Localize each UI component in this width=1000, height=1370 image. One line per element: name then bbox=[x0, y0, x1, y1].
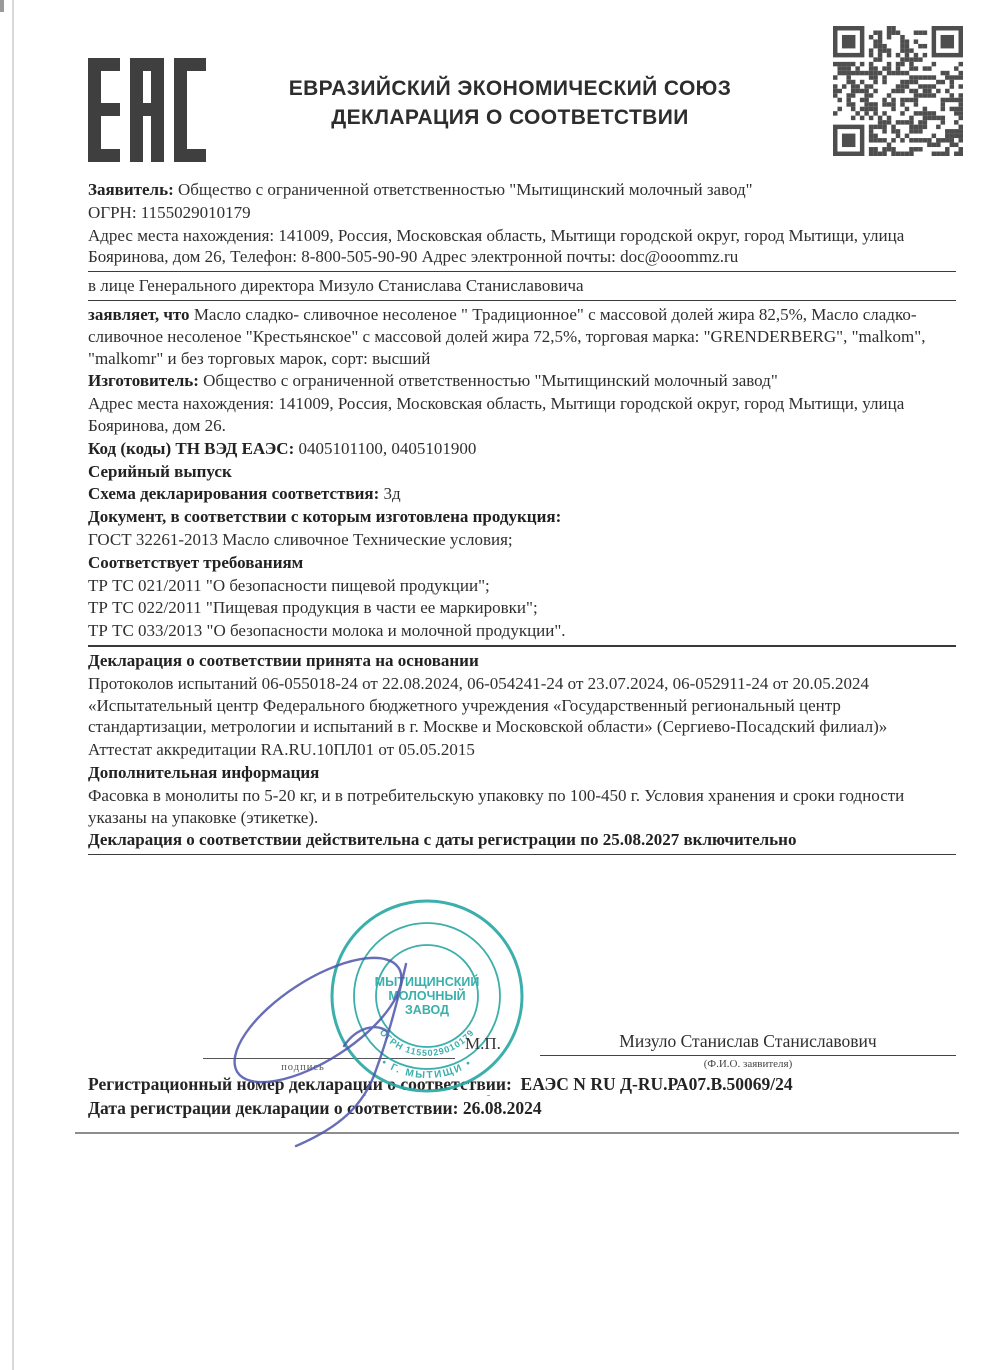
title-line-declaration: ДЕКЛАРАЦИЯ О СООТВЕТСТВИИ bbox=[170, 103, 850, 132]
field-complies-heading: Соответствует требованиям bbox=[88, 552, 956, 574]
field-additional-info-heading: Дополнительная информация bbox=[88, 762, 956, 784]
qr-code-icon bbox=[833, 26, 963, 156]
field-accreditation: Аттестат аккредитации RA.RU.10ПЛ01 от 05… bbox=[88, 739, 956, 761]
field-applicant-address: Адрес места нахождения: 141009, Россия, … bbox=[88, 225, 956, 273]
field-tr-ts-022: ТР ТС 022/2011 "Пищевая продукция в част… bbox=[88, 597, 956, 619]
registration-number-value: ЕАЭС N RU Д-RU.РА07.В.50069/24 bbox=[521, 1074, 793, 1094]
field-zayavitel: Заявитель: Общество с ограниченной ответ… bbox=[88, 179, 956, 201]
field-manufacturer-address: Адрес места нахождения: 141009, Россия, … bbox=[88, 393, 956, 437]
applicant-fio: Мизуло Станислав Станиславович bbox=[540, 1031, 956, 1056]
field-tr-ts-021: ТР ТС 021/2011 "О безопасности пищевой п… bbox=[88, 575, 956, 597]
field-serial-release: Серийный выпуск bbox=[88, 461, 956, 483]
document-title: ЕВРАЗИЙСКИЙ ЭКОНОМИЧЕСКИЙ СОЮЗ ДЕКЛАРАЦИ… bbox=[170, 74, 850, 132]
field-packing-info: Фасовка в монолиты по 5-20 кг, и в потре… bbox=[88, 785, 956, 829]
scan-corner-artifact bbox=[0, 0, 4, 12]
field-validity: Декларация о соответствии действительна … bbox=[88, 829, 956, 855]
field-tr-ts-033: ТР ТС 033/2013 "О безопасности молока и … bbox=[88, 620, 956, 647]
field-in-person-of: в лице Генерального директора Мизуло Ста… bbox=[88, 275, 956, 301]
field-declares-product: заявляет, что Масло сладко- сливочное не… bbox=[88, 304, 956, 369]
scan-edge-artifact bbox=[12, 0, 14, 1370]
field-basis-heading: Декларация о соответствии принята на осн… bbox=[88, 650, 956, 672]
field-ogrn: ОГРН: 1155029010179 bbox=[88, 202, 956, 224]
declaration-document: ЕВРАЗИЙСКИЙ ЭКОНОМИЧЕСКИЙ СОЮЗ ДЕКЛАРАЦИ… bbox=[0, 0, 1000, 1370]
applicant-fio-caption: (Ф.И.О. заявителя) bbox=[540, 1056, 956, 1070]
field-test-protocols: Протоколов испытаний 06-055018-24 от 22.… bbox=[88, 673, 956, 738]
applicant-fio-block: Мизуло Станислав Станиславович (Ф.И.О. з… bbox=[540, 1031, 956, 1070]
declaration-body: Заявитель: Общество с ограниченной ответ… bbox=[88, 179, 956, 858]
field-declaration-scheme: Схема декларирования соответствия: 3д bbox=[88, 483, 956, 505]
title-line-union: ЕВРАЗИЙСКИЙ ЭКОНОМИЧЕСКИЙ СОЮЗ bbox=[170, 74, 850, 103]
field-manufacturer: Изготовитель: Общество с ограниченной от… bbox=[88, 370, 956, 392]
field-product-document-heading: Документ, в соответствии с которым изгот… bbox=[88, 506, 956, 528]
signature-ink bbox=[200, 878, 560, 1178]
field-tnved-code: Код (коды) ТН ВЭД ЕАЭС: 0405101100, 0405… bbox=[88, 438, 956, 460]
field-gost: ГОСТ 32261-2013 Масло сливочное Техничес… bbox=[88, 529, 956, 551]
